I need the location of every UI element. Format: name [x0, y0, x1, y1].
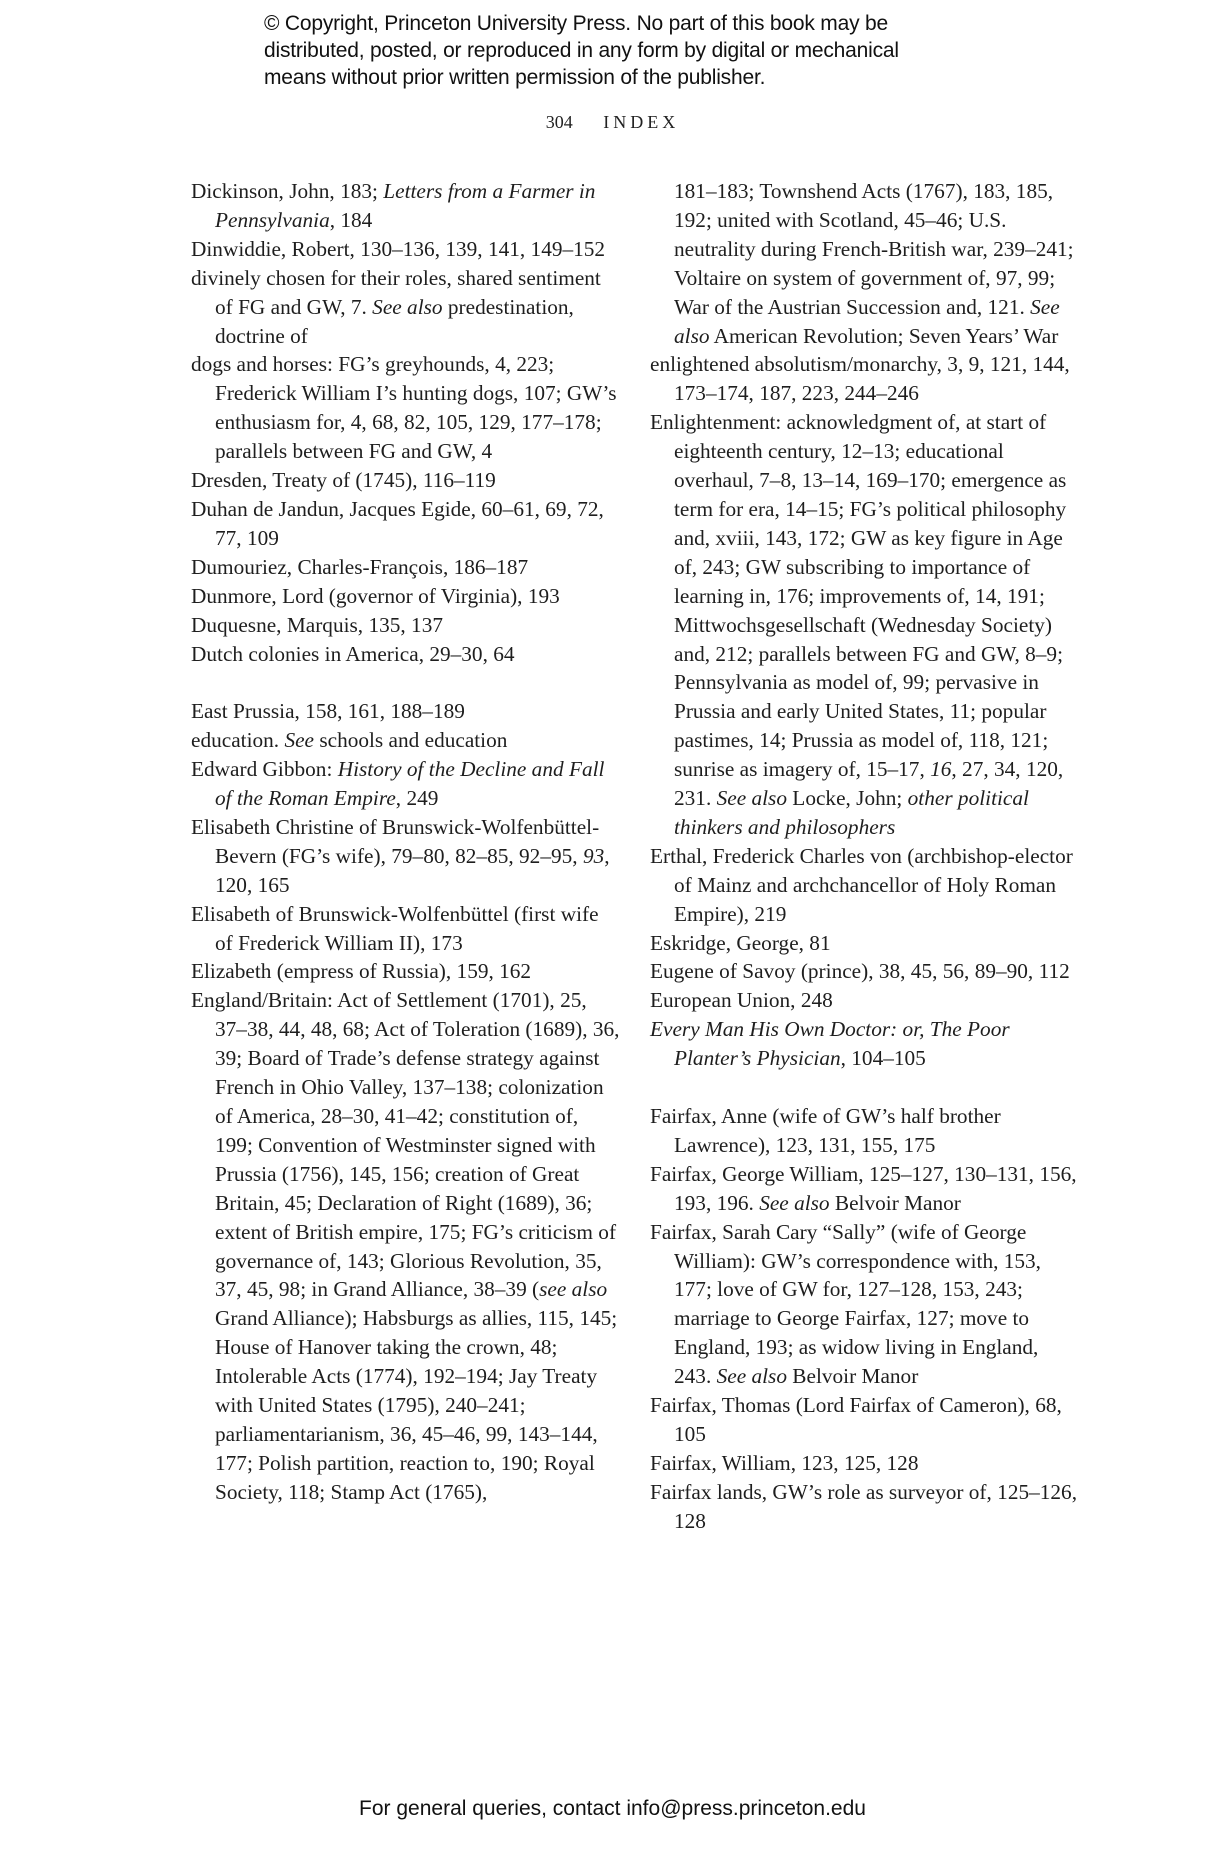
index-entry: Fairfax, Thomas (Lord Fairfax of Cameron… — [650, 1391, 1080, 1449]
entry-text: Elisabeth of Brunswick-Wolfenbüttel (fir… — [191, 902, 599, 955]
index-entry: Duquesne, Marquis, 135, 137 — [191, 611, 621, 640]
italic-text: 16 — [930, 757, 951, 781]
index-entry: Fairfax, Sarah Cary “Sally” (wife of Geo… — [650, 1218, 1080, 1391]
letter-group-spacer — [650, 1073, 1080, 1102]
entry-text: Dinwiddie, Robert, 130–136, 139, 141, 14… — [191, 237, 605, 261]
entry-text: Dresden, Treaty of (1745), 116–119 — [191, 468, 496, 492]
index-entry: dogs and horses: FG’s greyhounds, 4, 223… — [191, 350, 621, 466]
entry-text: Fairfax, Sarah Cary “Sally” (wife of Geo… — [650, 1220, 1041, 1389]
italic-text: See also — [717, 1364, 787, 1388]
index-column-left: Dickinson, John, 183; Letters from a Far… — [191, 177, 621, 1507]
entry-text: England/Britain: Act of Settlement (1701… — [191, 988, 619, 1301]
index-column-right: 181–183; Townshend Acts (1767), 183, 185… — [650, 177, 1080, 1536]
index-entry: Fairfax lands, GW’s role as surveyor of,… — [650, 1478, 1080, 1536]
entry-text: , 104–105 — [841, 1046, 926, 1070]
italic-text: Every Man His Own Doctor: or, The Poor P… — [650, 1017, 1010, 1070]
entry-text: Grand Alliance); Habsburgs as allies, 11… — [215, 1306, 617, 1503]
entry-text: dogs and horses: FG’s greyhounds, 4, 223… — [191, 352, 617, 463]
index-entry: Eugene of Savoy (prince), 38, 45, 56, 89… — [650, 957, 1080, 986]
entry-text: Fairfax, Thomas (Lord Fairfax of Cameron… — [650, 1393, 1062, 1446]
entry-text: Eskridge, George, 81 — [650, 931, 831, 955]
entry-text: Duquesne, Marquis, 135, 137 — [191, 613, 443, 637]
entry-text: Dumouriez, Charles-François, 186–187 — [191, 555, 528, 579]
entry-text: Fairfax, Anne (wife of GW’s half brother… — [650, 1104, 1001, 1157]
copyright-line: © Copyright, Princeton University Press.… — [264, 10, 1024, 37]
index-entry: Dutch colonies in America, 29–30, 64 — [191, 640, 621, 669]
entry-text: East Prussia, 158, 161, 188–189 — [191, 699, 465, 723]
entry-text: Erthal, Frederick Charles von (archbisho… — [650, 844, 1073, 926]
italic-text: 93 — [583, 844, 604, 868]
letter-group-spacer — [191, 668, 621, 697]
index-entry: Enlightenment: acknowledgment of, at sta… — [650, 408, 1080, 842]
index-entry: England/Britain: Act of Settlement (1701… — [191, 986, 621, 1506]
entry-text: Fairfax lands, GW’s role as surveyor of,… — [650, 1480, 1077, 1533]
index-entry-continued: 181–183; Townshend Acts (1767), 183, 185… — [650, 177, 1080, 350]
index-entry: East Prussia, 158, 161, 188–189 — [191, 697, 621, 726]
entry-text: Dunmore, Lord (governor of Virginia), 19… — [191, 584, 560, 608]
section-title: INDEX — [603, 112, 679, 132]
index-entry: Dresden, Treaty of (1745), 116–119 — [191, 466, 621, 495]
entry-text: American Revolution; Seven Years’ War — [710, 324, 1059, 348]
entry-text: Locke, John; — [787, 786, 908, 810]
index-entry: education. See schools and education — [191, 726, 621, 755]
entry-text: Belvoir Manor — [830, 1191, 961, 1215]
entry-text: Enlightenment: acknowledgment of, at sta… — [650, 410, 1066, 781]
index-entry: Fairfax, George William, 125–127, 130–13… — [650, 1160, 1080, 1218]
page-number: 304 — [546, 112, 573, 132]
index-entry: Eskridge, George, 81 — [650, 929, 1080, 958]
entry-text: Elizabeth (empress of Russia), 159, 162 — [191, 959, 531, 983]
index-entry: Edward Gibbon: History of the Decline an… — [191, 755, 621, 813]
italic-text: See also — [759, 1191, 829, 1215]
entry-text: Belvoir Manor — [787, 1364, 918, 1388]
entry-text: Eugene of Savoy (prince), 38, 45, 56, 89… — [650, 959, 1070, 983]
index-entry: Fairfax, Anne (wife of GW’s half brother… — [650, 1102, 1080, 1160]
index-entry: Elizabeth (empress of Russia), 159, 162 — [191, 957, 621, 986]
italic-text: See also — [717, 786, 787, 810]
index-entry: Erthal, Frederick Charles von (archbisho… — [650, 842, 1080, 929]
entry-text: Dickinson, John, 183; — [191, 179, 383, 203]
index-entry: Dickinson, John, 183; Letters from a Far… — [191, 177, 621, 235]
entry-text: Dutch colonies in America, 29–30, 64 — [191, 642, 515, 666]
index-entry: European Union, 248 — [650, 986, 1080, 1015]
index-entry: Every Man His Own Doctor: or, The Poor P… — [650, 1015, 1080, 1073]
index-entry: Elisabeth of Brunswick-Wolfenbüttel (fir… — [191, 900, 621, 958]
index-entry: Dunmore, Lord (governor of Virginia), 19… — [191, 582, 621, 611]
index-entry: divinely chosen for their roles, shared … — [191, 264, 621, 351]
copyright-line: distributed, posted, or reproduced in an… — [264, 37, 1024, 64]
index-entry: Duhan de Jandun, Jacques Egide, 60–61, 6… — [191, 495, 621, 553]
entry-text: Fairfax, William, 123, 125, 128 — [650, 1451, 918, 1475]
italic-text: See also — [372, 295, 442, 319]
entry-text: Duhan de Jandun, Jacques Egide, 60–61, 6… — [191, 497, 604, 550]
entry-text: schools and education — [314, 728, 507, 752]
running-head: 304 INDEX — [0, 112, 1225, 133]
entry-text: 181–183; Townshend Acts (1767), 183, 185… — [674, 179, 1074, 319]
italic-text: See — [284, 728, 314, 752]
index-entry: Fairfax, William, 123, 125, 128 — [650, 1449, 1080, 1478]
entry-text: Elisabeth Christine of Brunswick-Wolfenb… — [191, 815, 599, 868]
index-entry: Dumouriez, Charles-François, 186–187 — [191, 553, 621, 582]
entry-text: , 184 — [330, 208, 373, 232]
entry-text: Edward Gibbon: — [191, 757, 338, 781]
copyright-notice: © Copyright, Princeton University Press.… — [264, 10, 1024, 91]
entry-text: , 249 — [396, 786, 439, 810]
footer-contact: For general queries, contact info@press.… — [0, 1797, 1225, 1821]
index-entry: Dinwiddie, Robert, 130–136, 139, 141, 14… — [191, 235, 621, 264]
copyright-line: means without prior written permission o… — [264, 64, 1024, 91]
entry-text: European Union, 248 — [650, 988, 833, 1012]
index-entry: Elisabeth Christine of Brunswick-Wolfenb… — [191, 813, 621, 900]
entry-text: education. — [191, 728, 284, 752]
italic-text: see also — [539, 1277, 607, 1301]
entry-text: enlightened absolutism/monarchy, 3, 9, 1… — [650, 352, 1070, 405]
index-entry: enlightened absolutism/monarchy, 3, 9, 1… — [650, 350, 1080, 408]
